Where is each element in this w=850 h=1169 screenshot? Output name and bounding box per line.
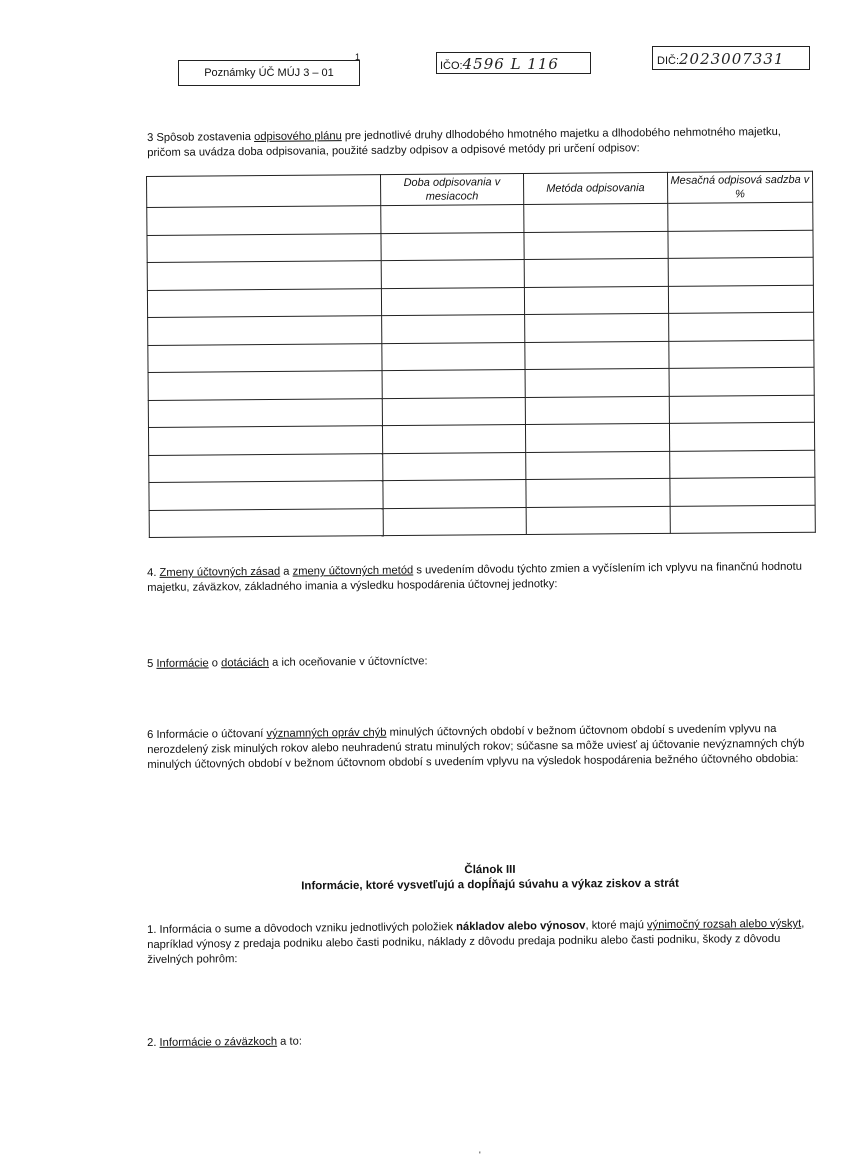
section-3-text: 3 Spôsob zostavenia odpisového plánu pre… [147, 125, 817, 161]
dic-value: 2023007331 [679, 50, 784, 68]
col-header-method: Metóda odpisovania [524, 172, 668, 204]
form-label-box: Poznámky ÚČ MÚJ 3 – 01 [178, 60, 360, 86]
ico-box: IČO:4596 L 116 [436, 52, 591, 74]
ico-label: IČO: [440, 60, 463, 72]
col-header-rate: Mesačná odpisová sadzba v % [667, 171, 813, 203]
depreciation-table: Doba odpisovania v mesiacoch Metóda odpi… [146, 171, 816, 538]
article-3-subtitle: Informácie, ktoré vysvetľujú a dopĺňajú … [270, 876, 710, 894]
section-4-text: 4. Zmeny účtovných zásad a zmeny účtovný… [147, 560, 817, 596]
section-6-text: 6 Informácie o účtovaní významných opráv… [147, 722, 817, 773]
form-mark: 1 [355, 52, 360, 62]
form-label: Poznámky ÚČ MÚJ 3 – 01 [204, 67, 334, 79]
page-mark: ' [479, 1150, 481, 1160]
dic-label: DIČ: [657, 55, 679, 67]
table-row [149, 505, 815, 538]
dic-box: DIČ:2023007331 [652, 46, 810, 70]
depreciation-plan-link: odpisového plánu [254, 130, 342, 143]
col-header-period: Doba odpisovania v mesiacoch [380, 174, 524, 206]
article-3-item-1: 1. Informácia o sume a dôvodoch vzniku j… [147, 917, 817, 968]
ico-value: 4596 L 116 [463, 55, 559, 73]
section-5-text: 5 Informácie o dotáciách a ich oceňovani… [147, 651, 817, 672]
article-3-item-2: 2. Informácie o záväzkoch a to: [147, 1030, 817, 1051]
article-3-heading: Článok III Informácie, ktoré vysvetľujú … [270, 861, 710, 894]
col-header-asset [147, 175, 381, 208]
